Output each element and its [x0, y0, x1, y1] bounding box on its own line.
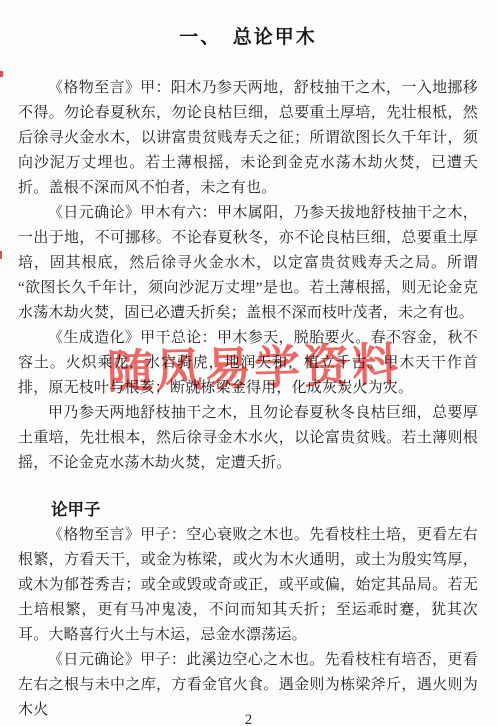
book-page: 一、 总论甲木 《格物至言》甲：阳木乃参天两地，舒枝抽干之木，一入地挪移不得。勿…	[0, 0, 497, 726]
page-title: 一、 总论甲木	[18, 0, 478, 50]
paragraph-gewuzhiyan-jiazi: 《格物至言》甲子：空心衰败之木也。先看枝柱土培，更看左右根繁，方看天干，或金为栋…	[18, 523, 478, 648]
scan-artifact-speck	[0, 71, 3, 77]
paragraph-riyuanquelun-jiamu: 《日元确论》甲木有六：甲木属阳，乃参天拔地舒枝抽干之木，一出于地，不可挪移。不论…	[18, 201, 478, 326]
page-number: 2	[0, 712, 497, 726]
scan-artifact-speck	[0, 251, 2, 259]
paragraph-gewuzhiyan-jia: 《格物至言》甲：阳木乃参天两地，舒枝抽干之木，一入地挪移不得。勿论春夏秋东，勿论…	[18, 76, 478, 201]
paragraph-shengchengzaohua: 《生成造化》甲干总论：甲木参天，脱胎要火。春不容金，秋不容土。火炽乘龙，水宕骑虎…	[18, 326, 478, 401]
page-content: 一、 总论甲木 《格物至言》甲：阳木乃参天两地，舒枝抽干之木，一入地挪移不得。勿…	[18, 0, 478, 723]
section-heading-lun-jiazi: 论甲子	[18, 497, 478, 523]
title-spacer	[18, 50, 478, 76]
paragraph-summary-jiamu: 甲乃参天两地舒枝抽干之木，且勿论春夏秋冬良枯巨细，总要厚土重培，先壮根本，然后徐…	[18, 401, 478, 476]
